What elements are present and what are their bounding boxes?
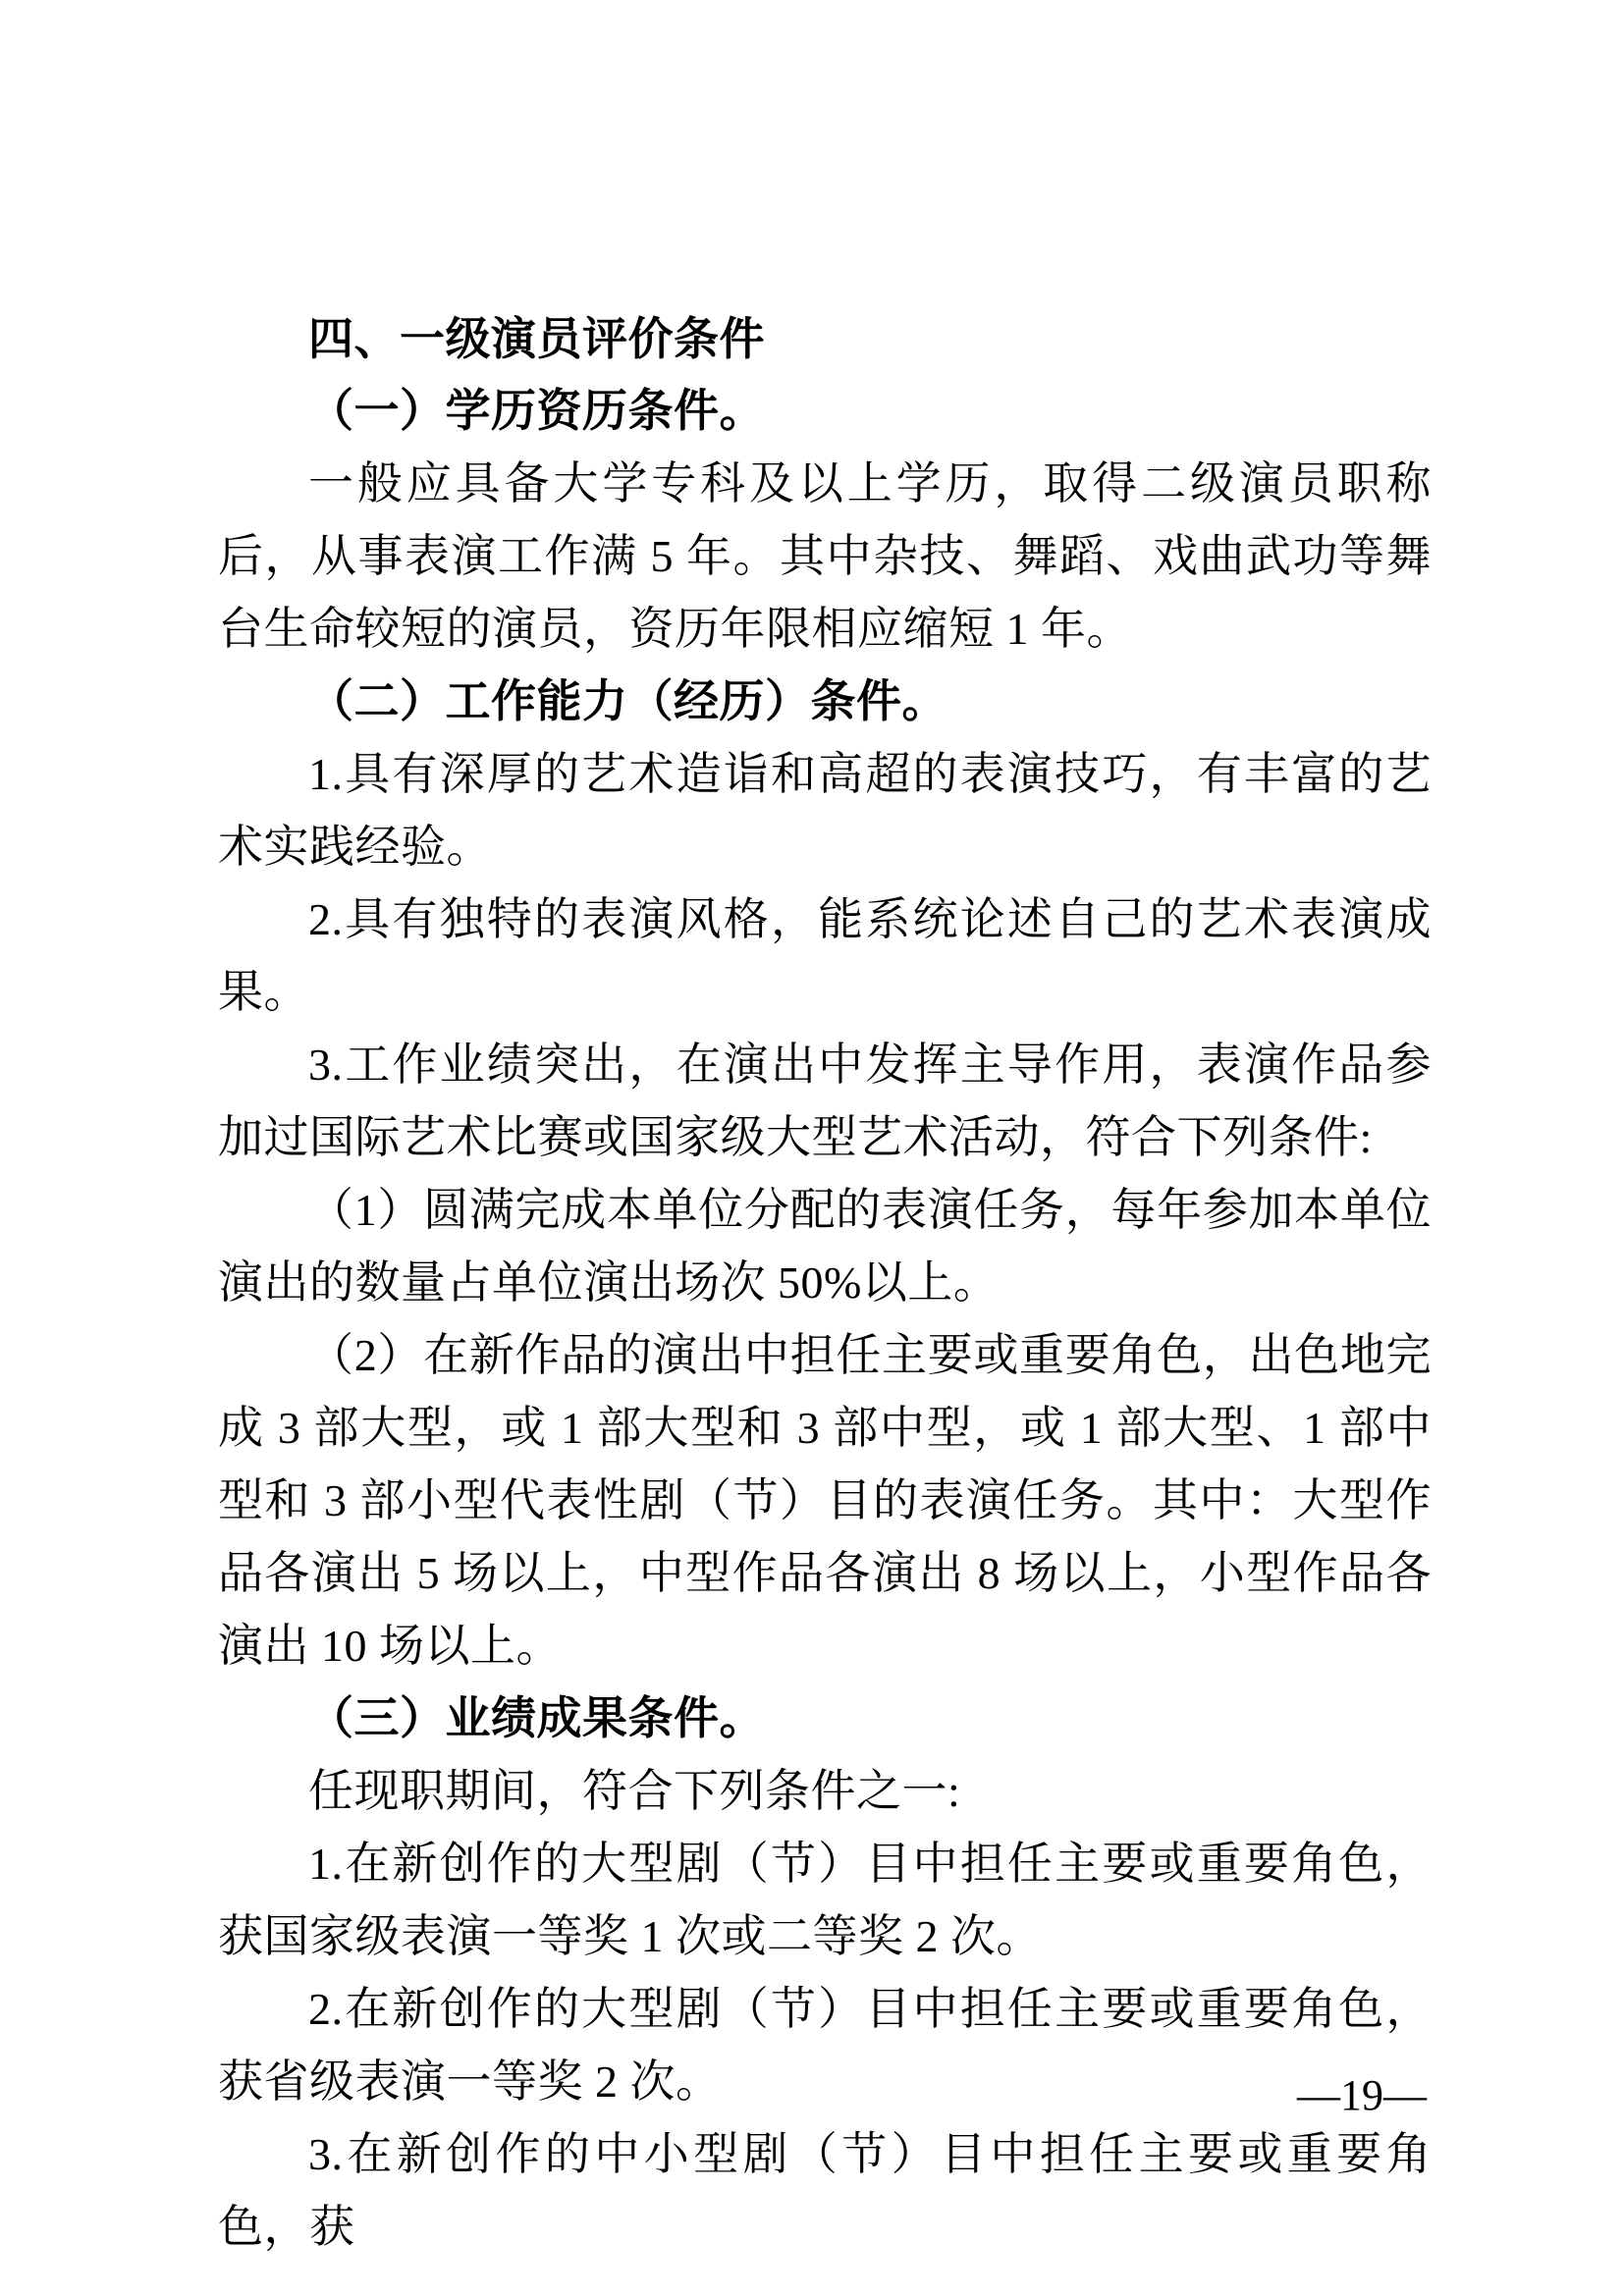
page-number: —19—	[1297, 2071, 1427, 2120]
paragraph: 1.具有深厚的艺术造诣和高超的表演技巧，有丰富的艺术实践经验。	[218, 738, 1432, 883]
paragraph: 3.工作业绩突出，在演出中发挥主导作用，表演作品参加过国际艺术比赛或国家级大型艺…	[218, 1029, 1432, 1174]
paragraph: 一般应具备大学专科及以上学历，取得二级演员职称后，从事表演工作满 5 年。其中杂…	[218, 448, 1432, 666]
document-page: 四、一级演员评价条件 （一）学历资历条件。 一般应具备大学专科及以上学历，取得二…	[0, 0, 1623, 2296]
paragraph: （2）在新作品的演出中担任主要或重要角色，出色地完成 3 部大型，或 1 部大型…	[218, 1319, 1432, 1682]
section-heading-achievements: （三）业绩成果条件。	[218, 1682, 1432, 1755]
paragraph: 2.具有独特的表演风格，能系统论述自己的艺术表演成果。	[218, 883, 1432, 1029]
document-content: 四、一级演员评价条件 （一）学历资历条件。 一般应具备大学专科及以上学历，取得二…	[218, 302, 1432, 2264]
paragraph: 3.在新创作的中小型剧（节）目中担任主要或重要角色，获	[218, 2118, 1432, 2264]
paragraph: 1.在新创作的大型剧（节）目中担任主要或重要角色，获国家级表演一等奖 1 次或二…	[218, 1828, 1432, 1973]
paragraph: （1）圆满完成本单位分配的表演任务，每年参加本单位演出的数量占单位演出场次 50…	[218, 1174, 1432, 1319]
document-title: 四、一级演员评价条件	[218, 302, 1432, 375]
paragraph: 2.在新创作的大型剧（节）目中担任主要或重要角色，获省级表演一等奖 2 次。	[218, 1973, 1432, 2118]
section-heading-work-ability: （二）工作能力（经历）条件。	[218, 666, 1432, 738]
paragraph: 任现职期间，符合下列条件之一:	[218, 1755, 1432, 1828]
section-heading-education: （一）学历资历条件。	[218, 375, 1432, 448]
